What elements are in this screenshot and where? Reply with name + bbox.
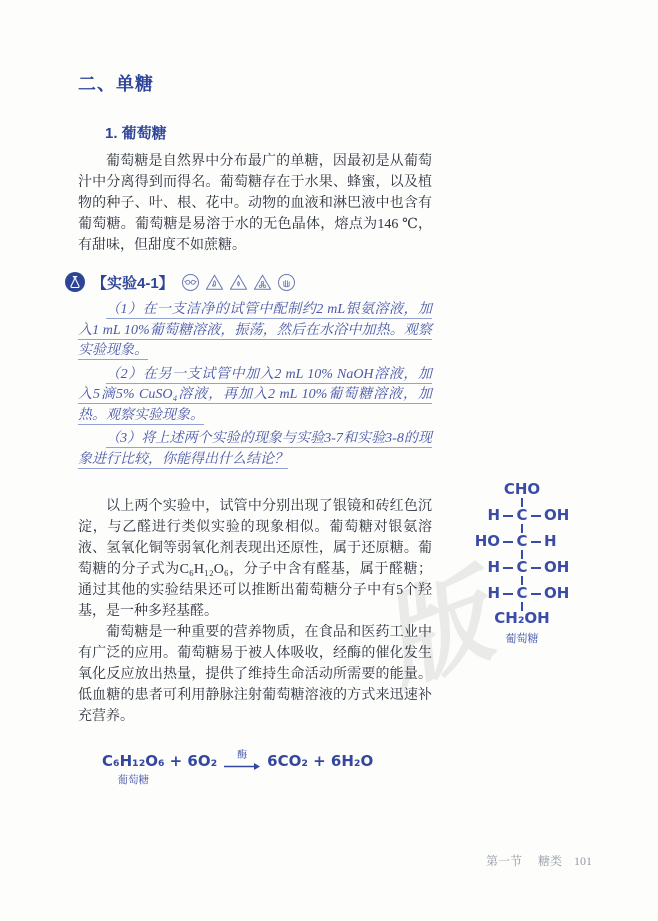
- liquid-hazard-icon: [229, 273, 248, 292]
- hand-wash-icon: [277, 273, 296, 292]
- oxygen-term: + 6O₂: [170, 752, 218, 770]
- structure-bottom-group: CH₂OH: [456, 611, 588, 627]
- horizontal-bond: [531, 593, 541, 595]
- carbon-atom: C: [516, 560, 528, 575]
- right-substituent: OH: [544, 508, 574, 523]
- left-substituent: HO: [470, 534, 500, 549]
- application-paragraph: 葡萄糖是一种重要的营养物质，在食品和医药工业中有广泛的应用。葡萄糖易于被人体吸收…: [78, 622, 432, 727]
- left-substituent: H: [470, 508, 500, 523]
- right-arrow-icon: [224, 762, 260, 771]
- horizontal-bond: [503, 567, 513, 569]
- carbon-atom: C: [516, 534, 528, 549]
- horizontal-bond: [531, 515, 541, 517]
- experiment-flask-icon: [64, 271, 86, 293]
- experiment-step-3: （3）将上述两个实验的现象与实验3-7和实验3-8的现象进行比较，你能得出什么结…: [78, 429, 432, 470]
- safety-icon-row: [181, 273, 296, 292]
- right-substituent: H: [544, 534, 574, 549]
- page-number: 101: [574, 854, 592, 868]
- horizontal-bond: [531, 567, 541, 569]
- structure-caption: 葡萄糖: [456, 634, 588, 645]
- section-heading: 二、单糖: [78, 70, 432, 96]
- spacer: [78, 486, 432, 496]
- horizontal-bond: [503, 593, 513, 595]
- oxidation-equation: C₆H₁₂O₆ 葡萄糖 + 6O₂ 酶 6CO₂ + 6H₂O: [102, 751, 432, 771]
- subsection-heading: 1. 葡萄糖: [105, 122, 432, 143]
- right-substituent: OH: [544, 560, 574, 575]
- right-substituent: OH: [544, 586, 574, 601]
- catalyst-label: 酶: [237, 751, 247, 761]
- horizontal-bond: [503, 541, 513, 543]
- reaction-arrow: 酶: [224, 751, 260, 771]
- goggles-safety-icon: [181, 273, 200, 292]
- fischer-row: H C OH: [456, 585, 588, 602]
- left-substituent: H: [470, 586, 500, 601]
- experiment-title: 【实验4-1】: [92, 272, 174, 293]
- horizontal-bond: [503, 515, 513, 517]
- experiment-box: 【实验4-1】: [78, 271, 432, 470]
- glucose-formula: C₆H₁₂O₆: [102, 752, 165, 770]
- experiment-step-2: （2）在另一支试管中加入2 mL 10% NaOH溶液，加入5滴5% CuSO₄…: [78, 365, 432, 427]
- left-substituent: H: [470, 560, 500, 575]
- carbon-atom: C: [516, 508, 528, 523]
- footer-chapter: 糖类: [538, 854, 562, 868]
- glucose-formula-group: C₆H₁₂O₆ 葡萄糖: [102, 752, 165, 770]
- equation-products: 6CO₂ + 6H₂O: [267, 752, 373, 770]
- intro-paragraph: 葡萄糖是自然界中分布最广的单糖，因最初是从葡萄汁中分离得到而得名。葡萄糖存在于水…: [78, 151, 432, 256]
- fischer-row: HO C H: [456, 533, 588, 550]
- main-text-column: 二、单糖 1. 葡萄糖 葡萄糖是自然界中分布最广的单糖，因最初是从葡萄汁中分离得…: [78, 70, 432, 771]
- textbook-page: 版 二、单糖 1. 葡萄糖 葡萄糖是自然界中分布最广的单糖，因最初是从葡萄汁中分…: [0, 0, 658, 921]
- fischer-row: H C OH: [456, 559, 588, 576]
- carbon-atom: C: [516, 586, 528, 601]
- footer-section: 第一节: [486, 854, 522, 868]
- rotor-hazard-icon: [253, 273, 272, 292]
- glucose-formula-label: 葡萄糖: [118, 772, 150, 787]
- glucose-fischer-structure: CHO H C OH HO C H H C OH H C: [456, 482, 588, 645]
- fischer-row: H C OH: [456, 507, 588, 524]
- discussion-paragraph: 以上两个实验中，试管中分别出现了银镜和砖红色沉淀，与乙醛进行类似实验的现象相似。…: [78, 496, 432, 622]
- horizontal-bond: [531, 541, 541, 543]
- flame-hazard-icon: [205, 273, 224, 292]
- experiment-header: 【实验4-1】: [64, 271, 432, 293]
- structure-top-group: CHO: [456, 482, 588, 498]
- experiment-step-1: （1）在一支洁净的试管中配制约2 mL银氨溶液，加入1 mL 10%葡萄糖溶液，…: [78, 300, 432, 362]
- page-footer: 第一节 糖类 101: [486, 852, 592, 869]
